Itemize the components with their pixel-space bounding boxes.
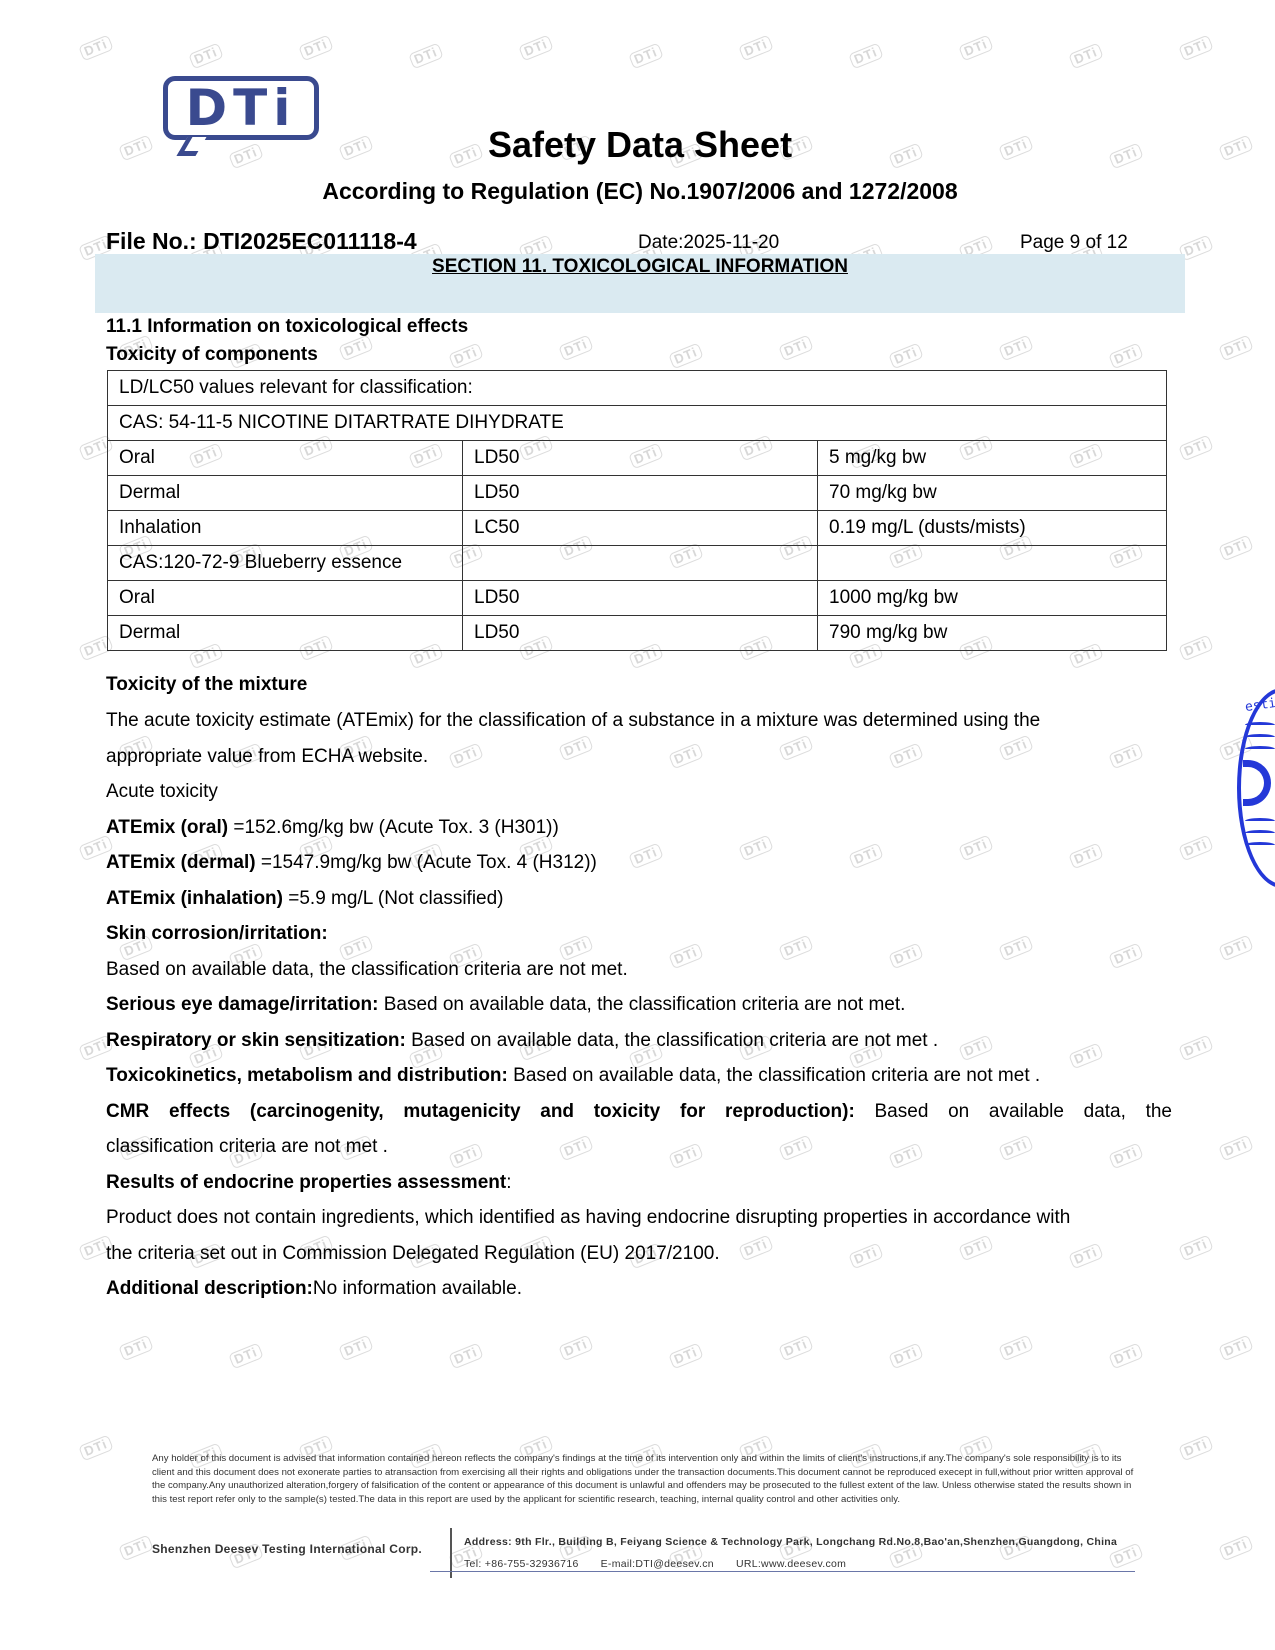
watermark-logo-icon: DTi	[848, 1243, 883, 1270]
skin-corrosion-label: Skin corrosion/irritation:	[106, 923, 328, 945]
toxicokinetics: Toxicokinetics, metabolism and distribut…	[106, 1065, 1040, 1087]
footer-company-name: Shenzhen Deesev Testing International Co…	[152, 1542, 422, 1556]
watermark-logo-icon: DTi	[778, 1135, 813, 1162]
watermark-logo-icon: DTi	[1178, 35, 1213, 62]
watermark-logo-icon: DTi	[558, 1135, 593, 1162]
watermark-logo-icon: DTi	[958, 835, 993, 862]
watermark-logo-icon: DTi	[628, 843, 663, 870]
stamp-wave-icon	[1245, 734, 1275, 740]
footer-rule	[430, 1571, 1135, 1572]
footer-disclaimer: Any holder of this document is advised t…	[152, 1452, 1137, 1506]
watermark-logo-icon: DTi	[1108, 943, 1143, 970]
endocrine-line2: the criteria set out in Commission Deleg…	[106, 1243, 720, 1265]
atemix-inhalation: ATEmix (inhalation) =5.9 mg/L (Not class…	[106, 888, 504, 910]
route-cell: Dermal	[108, 476, 463, 511]
watermark-logo-icon: DTi	[1108, 743, 1143, 770]
watermark-logo-icon: DTi	[448, 343, 483, 370]
atemix-dermal: ATEmix (dermal) =1547.9mg/kg bw (Acute T…	[106, 852, 597, 874]
toxicity-table: LD/LC50 values relevant for classificati…	[107, 370, 1167, 651]
watermark-logo-icon: DTi	[188, 43, 223, 70]
watermark-logo-icon: DTi	[338, 335, 373, 362]
stamp-wave-icon	[1245, 746, 1275, 752]
toxicokinetics-text: Based on available data, the classificat…	[508, 1065, 1040, 1086]
table-row: CAS:120-72-9 Blueberry essence	[108, 546, 1167, 581]
watermark-logo-icon: DTi	[228, 1343, 263, 1370]
watermark-logo-icon: DTi	[1068, 43, 1103, 70]
stamp-wave-icon	[1245, 818, 1275, 824]
atemix-value: =1547.9mg/kg bw (Acute Tox. 4 (H312))	[256, 852, 597, 873]
endocrine-label: Results of endocrine properties assessme…	[106, 1172, 506, 1193]
footer-email: E-mail:DTI@deesev.cn	[601, 1558, 714, 1570]
footer-tel: Tel: +86-755-32936716	[464, 1558, 579, 1570]
cmr-text: Based on available data, the	[855, 1101, 1172, 1122]
watermark-logo-icon: DTi	[1178, 1435, 1213, 1462]
watermark-logo-icon: DTi	[998, 335, 1033, 362]
atemix-value: =5.9 mg/L (Not classified)	[283, 888, 504, 909]
stamp-wave-icon	[1245, 842, 1275, 848]
empty-cell	[463, 546, 818, 581]
value-cell: 5 mg/kg bw	[818, 441, 1167, 476]
sensitization-label: Respiratory or skin sensitization:	[106, 1030, 406, 1051]
watermark-logo-icon: DTi	[1218, 935, 1253, 962]
watermark-logo-icon: DTi	[448, 743, 483, 770]
watermark-logo-icon: DTi	[958, 1235, 993, 1262]
table-row: InhalationLC500.19 mg/L (dusts/mists)	[108, 511, 1167, 546]
watermark-logo-icon: DTi	[338, 1335, 373, 1362]
watermark-logo-icon: DTi	[1068, 1243, 1103, 1270]
watermark-logo-icon: DTi	[448, 1343, 483, 1370]
value-cell: 0.19 mg/L (dusts/mists)	[818, 511, 1167, 546]
watermark-logo-icon: DTi	[298, 35, 333, 62]
watermark-logo-icon: DTi	[888, 343, 923, 370]
watermark-logo-icon: DTi	[958, 35, 993, 62]
eye-damage: Serious eye damage/irritation: Based on …	[106, 994, 905, 1016]
watermark-logo-icon: DTi	[558, 335, 593, 362]
stamp-wave-icon	[1245, 830, 1275, 836]
watermark-logo-icon: DTi	[1218, 535, 1253, 562]
watermark-logo-icon: DTi	[558, 735, 593, 762]
watermark-logo-icon: DTi	[668, 343, 703, 370]
table-row: DermalLD5070 mg/kg bw	[108, 476, 1167, 511]
watermark-logo-icon: DTi	[1218, 1335, 1253, 1362]
watermark-logo-icon: DTi	[998, 1135, 1033, 1162]
route-cell: Dermal	[108, 616, 463, 651]
mixture-intro-line1: The acute toxicity estimate (ATEmix) for…	[106, 710, 1040, 732]
table-row: OralLD501000 mg/kg bw	[108, 581, 1167, 616]
toxicokinetics-label: Toxicokinetics, metabolism and distribut…	[106, 1065, 508, 1086]
watermark-logo-icon: DTi	[1108, 1343, 1143, 1370]
skin-corrosion-text: Based on available data, the classificat…	[106, 959, 628, 981]
cmr-effects: CMR effects (carcinogenity, mutagenicity…	[106, 1101, 1172, 1123]
atemix-label: ATEmix (oral)	[106, 817, 228, 838]
watermark-logo-icon: DTi	[888, 743, 923, 770]
table-row: OralLD505 mg/kg bw	[108, 441, 1167, 476]
watermark-logo-icon: DTi	[998, 935, 1033, 962]
additional-description: Additional description:No information av…	[106, 1278, 522, 1300]
value-cell: 1000 mg/kg bw	[818, 581, 1167, 616]
table-row: DermalLD50790 mg/kg bw	[108, 616, 1167, 651]
watermark-logo-icon: DTi	[1218, 335, 1253, 362]
value-cell: 790 mg/kg bw	[818, 616, 1167, 651]
endocrine-heading: Results of endocrine properties assessme…	[106, 1172, 511, 1194]
watermark-logo-icon: DTi	[998, 1335, 1033, 1362]
watermark-logo-icon: DTi	[738, 1235, 773, 1262]
watermark-logo-icon: DTi	[558, 1335, 593, 1362]
route-cell: Inhalation	[108, 511, 463, 546]
watermark-logo-icon: DTi	[518, 35, 553, 62]
mixture-heading: Toxicity of the mixture	[106, 674, 307, 696]
watermark-logo-icon: DTi	[888, 943, 923, 970]
type-cell: LD50	[463, 476, 818, 511]
value-cell: 70 mg/kg bw	[818, 476, 1167, 511]
components-heading: Toxicity of components	[106, 344, 318, 366]
watermark-logo-icon: DTi	[958, 1035, 993, 1062]
watermark-logo-icon: DTi	[888, 1343, 923, 1370]
footer-url: URL:www.deesev.com	[736, 1558, 846, 1570]
table-row: CAS: 54-11-5 NICOTINE DITARTRATE DIHYDRA…	[108, 406, 1167, 441]
document-title: Safety Data Sheet	[0, 124, 1275, 166]
eye-damage-text: Based on available data, the classificat…	[378, 994, 905, 1015]
sensitization-text: Based on available data, the classificat…	[406, 1030, 938, 1051]
footer-contact: Tel: +86-755-32936716E-mail:DTI@deesev.c…	[464, 1558, 868, 1570]
endocrine-colon: :	[506, 1172, 511, 1193]
watermark-logo-icon: DTi	[778, 735, 813, 762]
additional-label: Additional description:	[106, 1278, 313, 1299]
cmr-effects-cont: classification criteria are not met .	[106, 1136, 388, 1158]
watermark-logo-icon: DTi	[408, 43, 443, 70]
atemix-value: =152.6mg/kg bw (Acute Tox. 3 (H301))	[228, 817, 559, 838]
watermark-logo-icon: DTi	[668, 743, 703, 770]
file-number: File No.: DTI2025EC011118-4	[106, 228, 417, 255]
watermark-logo-icon: DTi	[668, 943, 703, 970]
watermark-logo-icon: DTi	[778, 935, 813, 962]
watermark-logo-icon: DTi	[1178, 835, 1213, 862]
watermark-logo-icon: DTi	[888, 1143, 923, 1170]
atemix-oral: ATEmix (oral) =152.6mg/kg bw (Acute Tox.…	[106, 817, 559, 839]
watermark-logo-icon: DTi	[1218, 1135, 1253, 1162]
mixture-intro-line2: appropriate value from ECHA website.	[106, 746, 428, 768]
type-cell: LC50	[463, 511, 818, 546]
watermark-logo-icon: DTi	[338, 935, 373, 962]
watermark-logo-icon: DTi	[848, 43, 883, 70]
watermark-logo-icon: DTi	[1068, 1043, 1103, 1070]
substance-name: CAS: 54-11-5 NICOTINE DITARTRATE DIHYDRA…	[108, 406, 1167, 441]
type-cell: LD50	[463, 616, 818, 651]
watermark-logo-icon: DTi	[668, 1343, 703, 1370]
watermark-logo-icon: DTi	[738, 835, 773, 862]
empty-cell	[818, 546, 1167, 581]
route-cell: Oral	[108, 581, 463, 616]
watermark-logo-icon: DTi	[848, 843, 883, 870]
additional-text: No information available.	[313, 1278, 522, 1299]
watermark-logo-icon: DTi	[78, 35, 113, 62]
watermark-logo-icon: DTi	[738, 35, 773, 62]
watermark-logo-icon: DTi	[628, 43, 663, 70]
watermark-logo-icon: DTi	[778, 1335, 813, 1362]
watermark-logo-icon: DTi	[558, 935, 593, 962]
atemix-label: ATEmix (inhalation)	[106, 888, 283, 909]
watermark-logo-icon: DTi	[668, 1143, 703, 1170]
document-subtitle: According to Regulation (EC) No.1907/200…	[0, 178, 1275, 205]
table-caption: LD/LC50 values relevant for classificati…	[108, 371, 1167, 406]
acute-toxicity-label: Acute toxicity	[106, 781, 218, 803]
type-cell: LD50	[463, 441, 818, 476]
route-cell: Oral	[108, 441, 463, 476]
watermark-logo-icon: DTi	[1178, 635, 1213, 662]
watermark-logo-icon: DTi	[778, 335, 813, 362]
atemix-label: ATEmix (dermal)	[106, 852, 256, 873]
endocrine-line1: Product does not contain ingredients, wh…	[106, 1207, 1070, 1229]
cmr-label: CMR effects (carcinogenity, mutagenicity…	[106, 1101, 855, 1122]
sensitization: Respiratory or skin sensitization: Based…	[106, 1030, 938, 1052]
watermark-logo-icon: DTi	[118, 1535, 153, 1562]
watermark-logo-icon: DTi	[1178, 1035, 1213, 1062]
section-title: SECTION 11. TOXICOLOGICAL INFORMATION	[0, 256, 1275, 278]
watermark-logo-icon: DTi	[448, 1143, 483, 1170]
table-row: LD/LC50 values relevant for classificati…	[108, 371, 1167, 406]
watermark-logo-icon: DTi	[1218, 1535, 1253, 1562]
footer-address: Address: 9th Flr., Building B, Feiyang S…	[464, 1536, 1117, 1548]
subsection-heading: 11.1 Information on toxicological effect…	[106, 316, 468, 338]
watermark-logo-icon: DTi	[1178, 1235, 1213, 1262]
eye-damage-label: Serious eye damage/irritation:	[106, 994, 378, 1015]
watermark-logo-icon: DTi	[1108, 343, 1143, 370]
watermark-logo-icon: DTi	[78, 1435, 113, 1462]
type-cell: LD50	[463, 581, 818, 616]
watermark-logo-icon: DTi	[1178, 435, 1213, 462]
page-number: Page 9 of 12	[1020, 232, 1128, 254]
watermark-logo-icon: DTi	[118, 1335, 153, 1362]
watermark-logo-icon: DTi	[1108, 1143, 1143, 1170]
substance-name: CAS:120-72-9 Blueberry essence	[108, 546, 463, 581]
watermark-logo-icon: DTi	[998, 735, 1033, 762]
stamp-wave-icon	[1245, 722, 1275, 728]
document-date: Date:2025-11-20	[638, 232, 779, 254]
watermark-logo-icon: DTi	[1068, 843, 1103, 870]
